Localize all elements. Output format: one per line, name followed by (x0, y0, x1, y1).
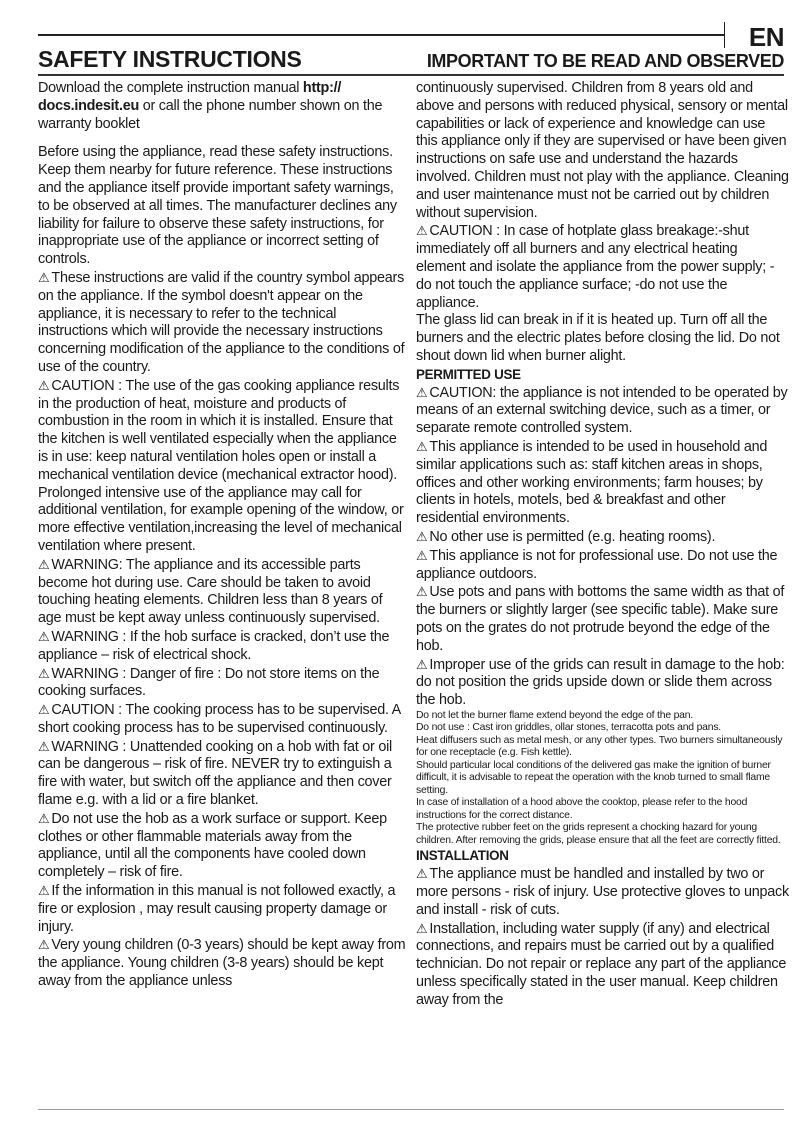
safety-item: ⚠Do not use the hob as a work surface or… (38, 810, 406, 882)
permitted-use-heading: PERMITTED USE (416, 366, 790, 384)
warning-icon: ⚠ (416, 865, 427, 883)
safety-item: ⚠WARNING : Danger of fire : Do not store… (38, 665, 406, 702)
safety-item: ⚠CAUTION : The use of the gas cooking ap… (38, 377, 406, 556)
small-print-line: Should particular local conditions of th… (416, 760, 790, 798)
small-print-line: Heat diffusers such as metal mesh, or an… (416, 735, 790, 760)
warning-icon: ⚠ (416, 222, 427, 240)
warning-icon: ⚠ (38, 269, 49, 287)
permitted-item: ⚠Improper use of the grids can result in… (416, 656, 790, 710)
installation-item: ⚠The appliance must be handled and insta… (416, 865, 790, 919)
small-print-line: Do not use : Cast iron griddles, ollar s… (416, 722, 790, 735)
safety-item: ⚠Very young children (0-3 years) should … (38, 936, 406, 990)
warning-icon: ⚠ (38, 882, 49, 900)
intro-paragraph: Before using the appliance, read these s… (38, 144, 406, 269)
header-bottom-rule (38, 74, 784, 76)
warning-icon: ⚠ (416, 438, 427, 456)
warning-icon: ⚠ (38, 377, 49, 395)
safety-item: ⚠CAUTION : In case of hotplate glass bre… (416, 222, 790, 312)
warning-icon: ⚠ (38, 556, 49, 574)
language-code: EN (749, 22, 784, 53)
installation-item: ⚠Installation, including water supply (i… (416, 920, 790, 1010)
permitted-item: ⚠Use pots and pans with bottoms the same… (416, 583, 790, 655)
warning-icon: ⚠ (416, 656, 427, 674)
installation-heading: INSTALLATION (416, 847, 790, 865)
warning-icon: ⚠ (416, 583, 427, 601)
page-subtitle: IMPORTANT TO BE READ AND OBSERVED (427, 51, 784, 72)
glass-lid-paragraph: The glass lid can break in if it is heat… (416, 312, 790, 365)
warning-icon: ⚠ (38, 628, 49, 646)
header-top-rule (38, 34, 724, 36)
warning-icon: ⚠ (416, 528, 427, 546)
warning-icon: ⚠ (416, 547, 427, 565)
permitted-item: ⚠No other use is permitted (e.g. heating… (416, 528, 790, 547)
warning-icon: ⚠ (38, 936, 49, 954)
left-column: Download the complete instruction manual… (38, 80, 406, 991)
small-print-line: The protective rubber feet on the grids … (416, 822, 790, 847)
permitted-item: ⚠This appliance is not for professional … (416, 547, 790, 584)
warning-icon: ⚠ (38, 701, 49, 719)
download-text: Download the complete instruction manual (38, 80, 303, 96)
warning-icon: ⚠ (38, 738, 49, 756)
safety-item: ⚠WARNING : If the hob surface is cracked… (38, 628, 406, 665)
safety-item: ⚠WARNING : Unattended cooking on a hob w… (38, 738, 406, 810)
warning-icon: ⚠ (416, 384, 427, 402)
permitted-item: ⚠CAUTION: the appliance is not intended … (416, 384, 790, 438)
right-column: continuously supervised. Children from 8… (416, 80, 790, 1010)
warning-icon: ⚠ (38, 810, 49, 828)
small-print-line: Do not let the burner flame extend beyon… (416, 710, 790, 723)
page-title: SAFETY INSTRUCTIONS (38, 46, 302, 73)
small-print-line: In case of installation of a hood above … (416, 797, 790, 822)
warning-icon: ⚠ (38, 665, 49, 683)
safety-item: ⚠If the information in this manual is no… (38, 882, 406, 936)
permitted-item: ⚠This appliance is intended to be used i… (416, 438, 790, 528)
header-tick-divider (724, 22, 725, 48)
safety-item: ⚠CAUTION : The cooking process has to be… (38, 701, 406, 738)
warning-icon: ⚠ (416, 920, 427, 938)
children-paragraph: continuously supervised. Children from 8… (416, 80, 790, 222)
safety-item: ⚠WARNING: The appliance and its accessib… (38, 556, 406, 628)
download-paragraph: Download the complete instruction manual… (38, 80, 406, 133)
footer-rule (38, 1109, 784, 1110)
safety-item: ⚠These instructions are valid if the cou… (38, 269, 406, 377)
